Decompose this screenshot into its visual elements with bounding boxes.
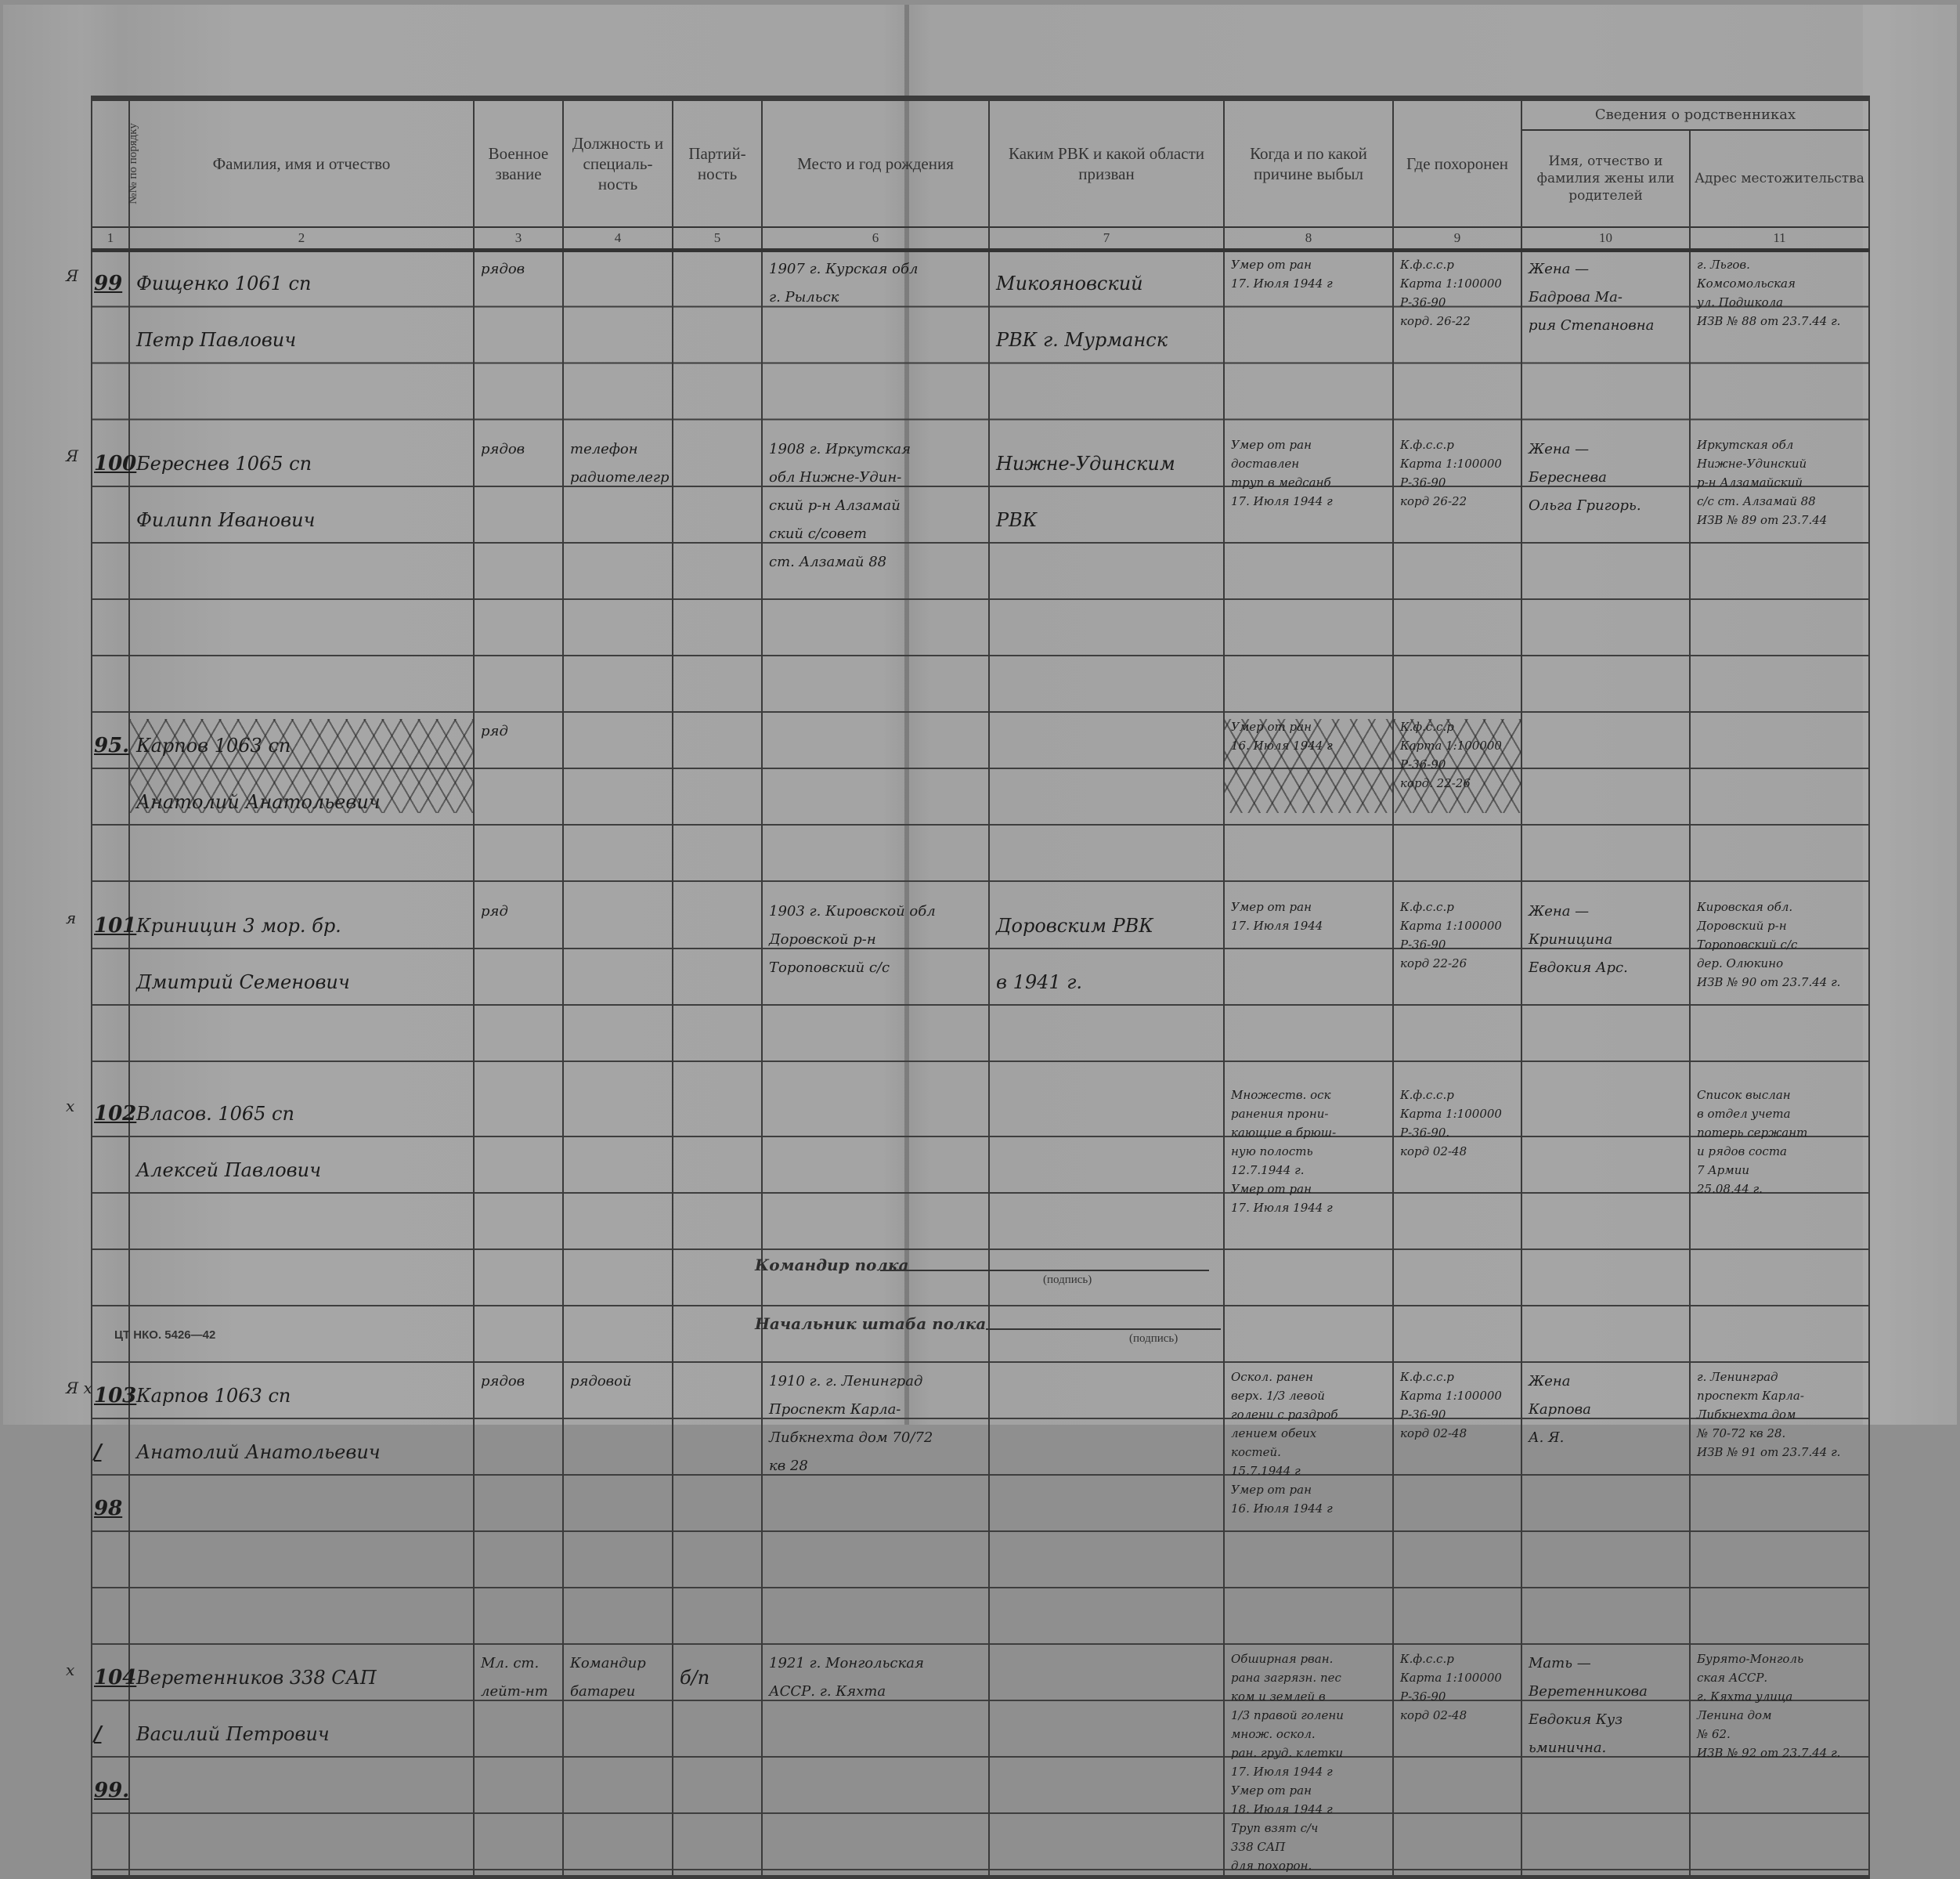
full-name-text: Фищенко 1061 сп Петр Павлович <box>130 252 473 368</box>
cell-relative-name <box>1521 1082 1690 1364</box>
reason-date-text: Оскол. ранен верх. 1/3 левой голени с ра… <box>1225 1364 1392 1425</box>
position-text: рядовой <box>564 1364 672 1396</box>
scanned-document-page: №№ по порядку Фамилия, имя и отчество Во… <box>3 5 1957 1425</box>
cell-military-rank: ряд <box>474 894 563 1082</box>
col-header-7: Каким РВК и какой области призван <box>989 99 1224 228</box>
col-header-10: Имя, отчество и фамилия жены или родител… <box>1521 130 1690 227</box>
cell-burial-place: К.ф.с.с.р Карта 1:100000 Р-36-90 корд. 2… <box>1393 251 1521 433</box>
cell-military-rank <box>474 1082 563 1364</box>
signature-caption: (подпись) <box>1043 1274 1092 1287</box>
party-membership-text <box>673 714 761 717</box>
cell-full-name: Фищенко 1061 сп Петр Павлович <box>129 251 474 433</box>
party-membership-text <box>673 252 761 255</box>
cell-burial-place: К.ф.с.с.р Карта 1:100000 Р-36-90 корд. 2… <box>1393 714 1521 894</box>
col-header-9: Где похоронен <box>1393 99 1521 228</box>
cell-conscription-office: Микояновский РВК г. Мурманск <box>989 251 1224 433</box>
reason-date-text: Умер от ран 17. Июля 1944 <box>1225 894 1392 935</box>
position-text: телефон радиотелегр <box>564 432 672 492</box>
cell-record-number: Я х103 / 98 <box>92 1364 129 1425</box>
col-number: 6 <box>762 227 989 251</box>
military-rank-text <box>475 1082 562 1086</box>
military-rank-text: ряд <box>475 894 562 926</box>
cell-conscription-office: Нижне-Удинским РВК <box>989 432 1224 714</box>
record-number-text: 103 / 98 <box>92 1364 128 1425</box>
cell-party-membership <box>673 1082 762 1364</box>
home-address-text: г. Льгов. Комсомольская ул. Подшкола ИЗВ… <box>1691 252 1868 331</box>
cell-home-address: Кировская обл. Доровский р-н Тороповский… <box>1690 894 1869 1082</box>
cell-full-name: Власов. 1065 сп Алексей Павлович <box>129 1082 474 1364</box>
col-header-11: Адрес местожительства <box>1690 130 1869 227</box>
home-address-text: г. Ленинград проспект Карла- Либкнехта д… <box>1691 1364 1868 1425</box>
home-address-text: Иркутская обл Нижне-Удинский р-н Алзамай… <box>1691 432 1868 529</box>
military-rank-text: рядов <box>475 1364 562 1396</box>
party-membership-text <box>673 432 761 435</box>
home-address-text: Кировская обл. Доровский р-н Тороповский… <box>1691 894 1868 992</box>
cell-burial-place: К.ф.с.с.р Карта 1:100000 Р-36-90 корд 22… <box>1393 894 1521 1082</box>
position-text <box>564 894 672 898</box>
table-row: Я х103 / 98Карпов 1063 сп Анатолий Анато… <box>92 1364 1869 1425</box>
full-name-text: Береснев 1065 сп Филипп Иванович <box>130 432 473 548</box>
col-header-5: Партий-ность <box>673 99 762 228</box>
conscription-office-text <box>990 1082 1223 1086</box>
cell-home-address: г. Льгов. Комсомольская ул. Подшкола ИЗВ… <box>1690 251 1869 433</box>
burial-place-text: К.ф.с.с.р Карта 1:100000 Р-36-90 корд 22… <box>1394 894 1521 973</box>
position-text <box>564 252 672 255</box>
cell-relative-name: Жена — Береснева Ольга Григорь. <box>1521 432 1690 714</box>
burial-place-text: К.ф.с.с.р Карта 1:100000 Р-36-90 корд 26… <box>1394 432 1521 511</box>
cell-record-number: Я99 <box>92 251 129 433</box>
conscription-office-text: Микояновский РВК г. Мурманск <box>990 252 1223 368</box>
military-rank-text: ряд <box>475 714 562 746</box>
conscription-office-text <box>990 1364 1223 1368</box>
table-row: я101Криницин 3 мор. бр. Дмитрий Семенови… <box>92 894 1869 1082</box>
record-number-text: 100 <box>92 432 128 492</box>
full-name-text: Карпов 1063 сп Анатолий Анатольевич <box>130 1364 473 1425</box>
margin-mark: Я х <box>66 1379 92 1397</box>
signature-caption: (подпись) <box>1129 1332 1178 1346</box>
cell-relative-name: Жена — Криницина Евдокия Арс. <box>1521 894 1690 1082</box>
burial-place-text: К.ф.с.с.р Карта 1:100000 Р-36-90 корд 02… <box>1394 1364 1521 1425</box>
chief-of-staff-signature-line <box>986 1328 1221 1330</box>
cell-relative-name: Жена — Бадрова Ма- рия Степановна <box>1521 251 1690 433</box>
cell-record-number: Я100 <box>92 432 129 714</box>
commander-signature-label: Командир полка <box>755 1256 909 1274</box>
party-membership-text <box>673 1082 761 1086</box>
cell-birthplace-year: 1908 г. Иркутская обл Нижне-Удин- ский р… <box>762 432 989 714</box>
cell-military-rank: ряд <box>474 714 563 894</box>
col-number: 10 <box>1521 227 1690 251</box>
table-row: Я99Фищенко 1061 сп Петр Павловичрядов190… <box>92 251 1869 433</box>
home-address-text: Список выслан в отдел учета потерь сержа… <box>1691 1082 1868 1198</box>
cell-reason-date: Умер от ран 17. Июля 1944 г <box>1224 251 1393 433</box>
reason-date-text: Умер от ран 16. Июля 1944 г <box>1225 714 1392 755</box>
cell-position <box>563 1082 673 1364</box>
record-number-text: 102 <box>92 1082 128 1142</box>
military-rank-text: рядов <box>475 432 562 464</box>
military-rank-text: рядов <box>475 252 562 284</box>
commander-signature-line <box>880 1270 1209 1271</box>
full-name-text: Криницин 3 мор. бр. Дмитрий Семенович <box>130 894 473 1010</box>
position-text <box>564 714 672 717</box>
col-header-3: Военное звание <box>474 99 563 228</box>
cell-military-rank: рядов <box>474 432 563 714</box>
col-number: 5 <box>673 227 762 251</box>
col-header-2: Фамилия, имя и отчество <box>129 99 474 228</box>
cell-position: телефон радиотелегр <box>563 432 673 714</box>
cell-home-address <box>1690 714 1869 894</box>
cell-full-name: Карпов 1063 сп Анатолий Анатольевич <box>129 714 474 894</box>
birthplace-year-text: 1903 г. Кировской обл Доровской р-н Торо… <box>763 894 988 982</box>
cell-reason-date: Умер от ран доставлен труп в медсанб 17.… <box>1224 432 1393 714</box>
reason-date-text: Умер от ран 17. Июля 1944 г <box>1225 252 1392 293</box>
record-number-text: 101 <box>92 894 128 954</box>
record-number-text: 95. <box>92 714 128 774</box>
cell-conscription-office <box>989 714 1224 894</box>
margin-mark: Я <box>66 446 78 465</box>
losses-table: №№ по порядку Фамилия, имя и отчество Во… <box>91 96 1870 1425</box>
col-number: 9 <box>1393 227 1521 251</box>
col-number: 8 <box>1224 227 1393 251</box>
cell-birthplace-year: 1907 г. Курская обл г. Рыльск <box>762 251 989 433</box>
cell-military-rank: рядов <box>474 251 563 433</box>
cell-birthplace-year: 1903 г. Кировской обл Доровской р-н Торо… <box>762 894 989 1082</box>
col-number: 4 <box>563 227 673 251</box>
cell-home-address: г. Ленинград проспект Карла- Либкнехта д… <box>1690 1364 1869 1425</box>
col-header-8: Когда и по какой причине выбыл <box>1224 99 1393 228</box>
birthplace-year-text: 1908 г. Иркутская обл Нижне-Удин- ский р… <box>763 432 988 576</box>
party-membership-text <box>673 1364 761 1368</box>
relative-name-text: Жена — Бадрова Ма- рия Степановна <box>1522 252 1689 340</box>
conscription-office-text: Доровским РВК в 1941 г. <box>990 894 1223 1010</box>
reason-date-text: Умер от ран доставлен труп в медсанб 17.… <box>1225 432 1392 511</box>
col-number: 7 <box>989 227 1224 251</box>
relative-name-text: Жена — Береснева Ольга Григорь. <box>1522 432 1689 520</box>
cell-reason-date: Умер от ран 17. Июля 1944 <box>1224 894 1393 1082</box>
col-header-1: №№ по порядку <box>92 99 129 228</box>
cell-reason-date: Умер от ран 16. Июля 1944 г <box>1224 714 1393 894</box>
margin-mark: х <box>66 1097 74 1115</box>
col-header-6: Место и год рождения <box>762 99 989 228</box>
birthplace-year-text: 1910 г. г. Ленинград Проспект Карла- Либ… <box>763 1364 988 1425</box>
birthplace-year-text <box>763 714 988 717</box>
table-row: Я100Береснев 1065 сп Филипп Ивановичрядо… <box>92 432 1869 714</box>
cell-burial-place: К.ф.с.с.р Карта 1:100000 Р-36-90. корд 0… <box>1393 1082 1521 1364</box>
relative-name-text <box>1522 1082 1689 1086</box>
relative-name-text <box>1522 714 1689 717</box>
cell-position: рядовой <box>563 1364 673 1425</box>
cell-full-name: Криницин 3 мор. бр. Дмитрий Семенович <box>129 894 474 1082</box>
cell-relative-name: Жена Карпова А. Я. <box>1521 1364 1690 1425</box>
birthplace-year-text <box>763 1082 988 1086</box>
cell-relative-name <box>1521 714 1690 894</box>
cell-military-rank: рядов <box>474 1364 563 1425</box>
col-number: 11 <box>1690 227 1869 251</box>
cell-home-address: Список выслан в отдел учета потерь сержа… <box>1690 1082 1869 1364</box>
full-name-text: Карпов 1063 сп Анатолий Анатольевич <box>130 714 473 830</box>
cell-conscription-office <box>989 1082 1224 1364</box>
cell-birthplace-year <box>762 714 989 894</box>
relative-name-text: Жена Карпова А. Я. <box>1522 1364 1689 1425</box>
home-address-text <box>1691 714 1868 717</box>
cell-party-membership <box>673 894 762 1082</box>
cell-record-number: 95. <box>92 714 129 894</box>
record-number-text: 99 <box>92 252 128 312</box>
cell-party-membership <box>673 251 762 433</box>
cell-record-number: я101 <box>92 894 129 1082</box>
cell-reason-date: Множеств. оск ранения прони- кающие в бр… <box>1224 1082 1393 1364</box>
cell-home-address: Иркутская обл Нижне-Удинский р-н Алзамай… <box>1690 432 1869 714</box>
table-row: 95.Карпов 1063 сп Анатолий Анатольевичря… <box>92 714 1869 894</box>
cell-burial-place: К.ф.с.с.р Карта 1:100000 Р-36-90 корд 02… <box>1393 1364 1521 1425</box>
cell-position <box>563 894 673 1082</box>
conscription-office-text <box>990 714 1223 717</box>
cell-burial-place: К.ф.с.с.р Карта 1:100000 Р-36-90 корд 26… <box>1393 432 1521 714</box>
burial-place-text: К.ф.с.с.р Карта 1:100000 Р-36-90 корд. 2… <box>1394 252 1521 331</box>
birthplace-year-text: 1907 г. Курская обл г. Рыльск <box>763 252 988 312</box>
cell-party-membership <box>673 432 762 714</box>
cell-position <box>563 251 673 433</box>
burial-place-text: К.ф.с.с.р Карта 1:100000 Р-36-90 корд. 2… <box>1394 714 1521 793</box>
cell-record-number: х102 <box>92 1082 129 1364</box>
margin-mark: Я <box>66 266 78 285</box>
col-header-4: Должность и специаль-ность <box>563 99 673 228</box>
position-text <box>564 1082 672 1086</box>
chief-of-staff-signature-label: Начальник штаба полка <box>755 1314 986 1333</box>
conscription-office-text: Нижне-Удинским РВК <box>990 432 1223 548</box>
reason-date-text: Множеств. оск ранения прони- кающие в бр… <box>1225 1082 1392 1217</box>
relative-name-text: Жена — Криницина Евдокия Арс. <box>1522 894 1689 982</box>
margin-mark: я <box>66 909 76 927</box>
cell-full-name: Береснев 1065 сп Филипп Иванович <box>129 432 474 714</box>
cell-reason-date: Оскол. ранен верх. 1/3 левой голени с ра… <box>1224 1364 1393 1425</box>
cell-party-membership <box>673 1364 762 1425</box>
form-code: ЦТ НКО. 5426—42 <box>114 1328 215 1342</box>
col-number: 3 <box>474 227 563 251</box>
cell-conscription-office: Доровским РВК в 1941 г. <box>989 894 1224 1082</box>
col-number: 1 <box>92 227 129 251</box>
burial-place-text: К.ф.с.с.р Карта 1:100000 Р-36-90. корд 0… <box>1394 1082 1521 1161</box>
cell-full-name: Карпов 1063 сп Анатолий Анатольевич <box>129 1364 474 1425</box>
cell-position <box>563 714 673 894</box>
cell-conscription-office <box>989 1364 1224 1425</box>
col-number: 2 <box>129 227 474 251</box>
cell-birthplace-year: 1910 г. г. Ленинград Проспект Карла- Либ… <box>762 1364 989 1425</box>
cell-party-membership <box>673 714 762 894</box>
page-edge-strip <box>1863 5 1957 1425</box>
party-membership-text <box>673 894 761 898</box>
full-name-text: Власов. 1065 сп Алексей Павлович <box>130 1082 473 1198</box>
col-group-relatives: Сведения о родственниках <box>1521 99 1869 131</box>
